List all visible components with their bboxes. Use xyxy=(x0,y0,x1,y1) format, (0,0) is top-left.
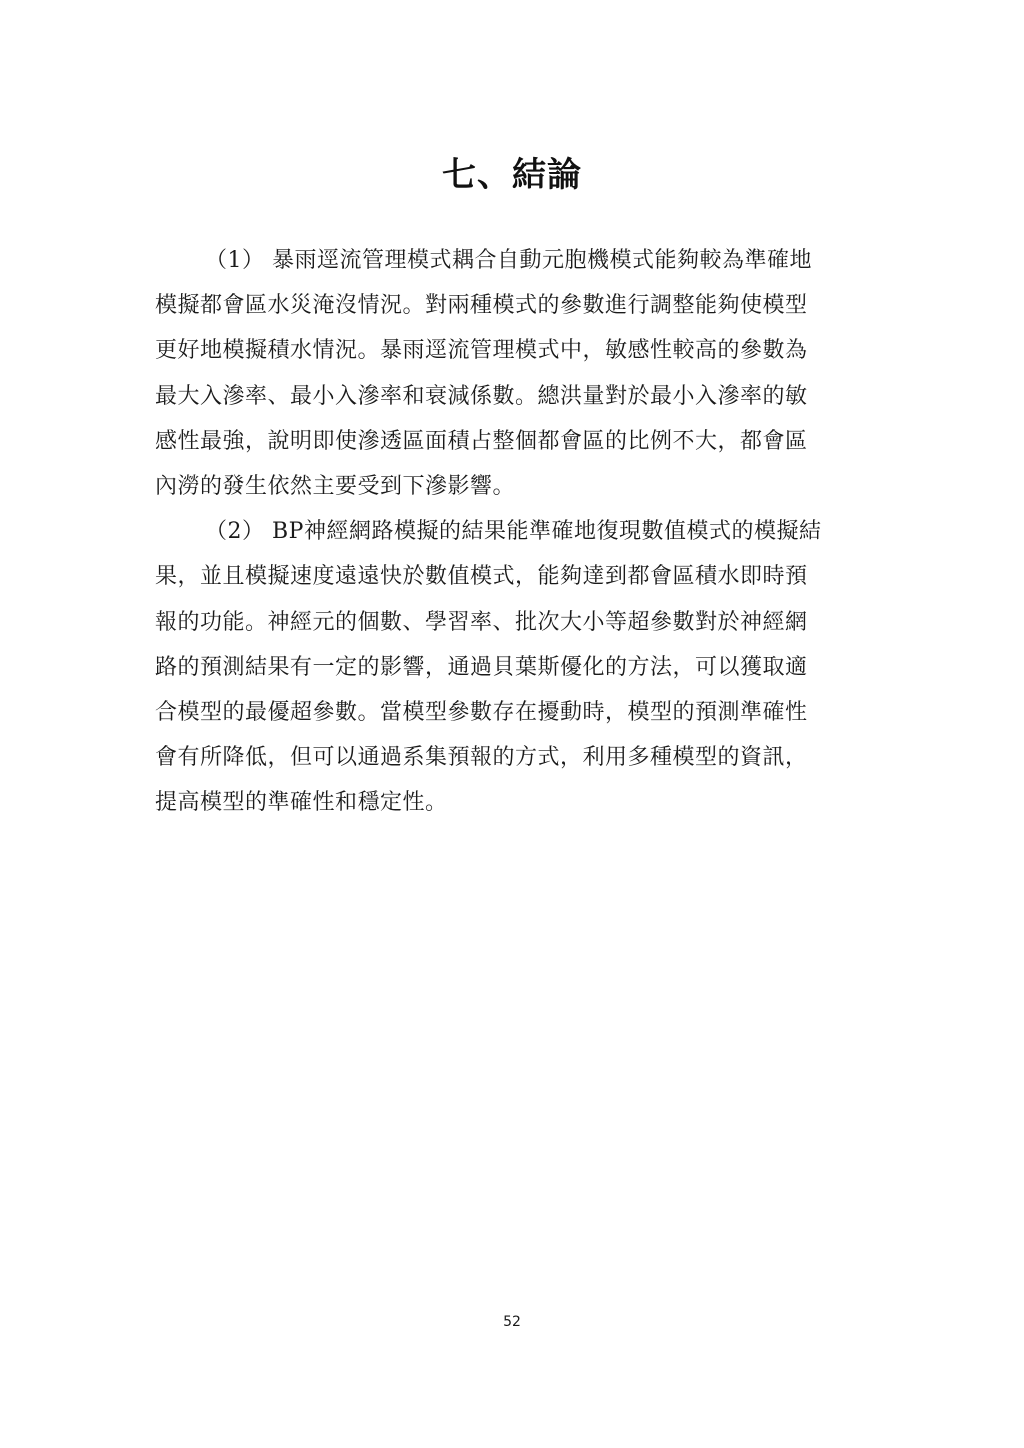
text-line: 內澇的發生依然主要受到下滲影響。 xyxy=(155,464,855,509)
paragraph-1: （1） 暴雨逕流管理模式耦合自動元胞機模式能夠較為準確地 模擬都會區水災淹沒情況… xyxy=(155,238,855,509)
text-line: 果，並且模擬速度遠遠快於數值模式，能夠達到都會區積水即時預 xyxy=(155,554,855,599)
text-line: 感性最強，說明即使滲透區面積占整個都會區的比例不大，都會區 xyxy=(155,419,855,464)
text-line: 更好地模擬積水情況。暴雨逕流管理模式中，敏感性較高的參數為 xyxy=(155,328,855,373)
text-line: 提高模型的準確性和穩定性。 xyxy=(155,780,855,825)
text-line: 最大入滲率、最小入滲率和衰減係數。總洪量對於最小入滲率的敏 xyxy=(155,374,855,419)
text-line: （1） 暴雨逕流管理模式耦合自動元胞機模式能夠較為準確地 xyxy=(155,238,855,283)
text-line: 報的功能。神經元的個數、學習率、批次大小等超參數對於神經網 xyxy=(155,600,855,645)
text-line: 會有所降低，但可以通過系集預報的方式，利用多種模型的資訊， xyxy=(155,735,855,780)
paragraph-2: （2） BP神經網路模擬的結果能準確地復現數值模式的模擬結 果，並且模擬速度遠遠… xyxy=(155,509,855,825)
document-body: （1） 暴雨逕流管理模式耦合自動元胞機模式能夠較為準確地 模擬都會區水災淹沒情況… xyxy=(155,238,855,825)
text-line: 合模型的最優超參數。當模型參數存在擾動時，模型的預測準確性 xyxy=(155,690,855,735)
page-number: 52 xyxy=(0,1314,1024,1330)
text-line: （2） BP神經網路模擬的結果能準確地復現數值模式的模擬結 xyxy=(155,509,855,554)
page-title: 七、結論 xyxy=(0,151,1024,199)
text-line: 路的預測結果有一定的影響，通過貝葉斯優化的方法，可以獲取適 xyxy=(155,645,855,690)
text-line: 模擬都會區水災淹沒情況。對兩種模式的參數進行調整能夠使模型 xyxy=(155,283,855,328)
